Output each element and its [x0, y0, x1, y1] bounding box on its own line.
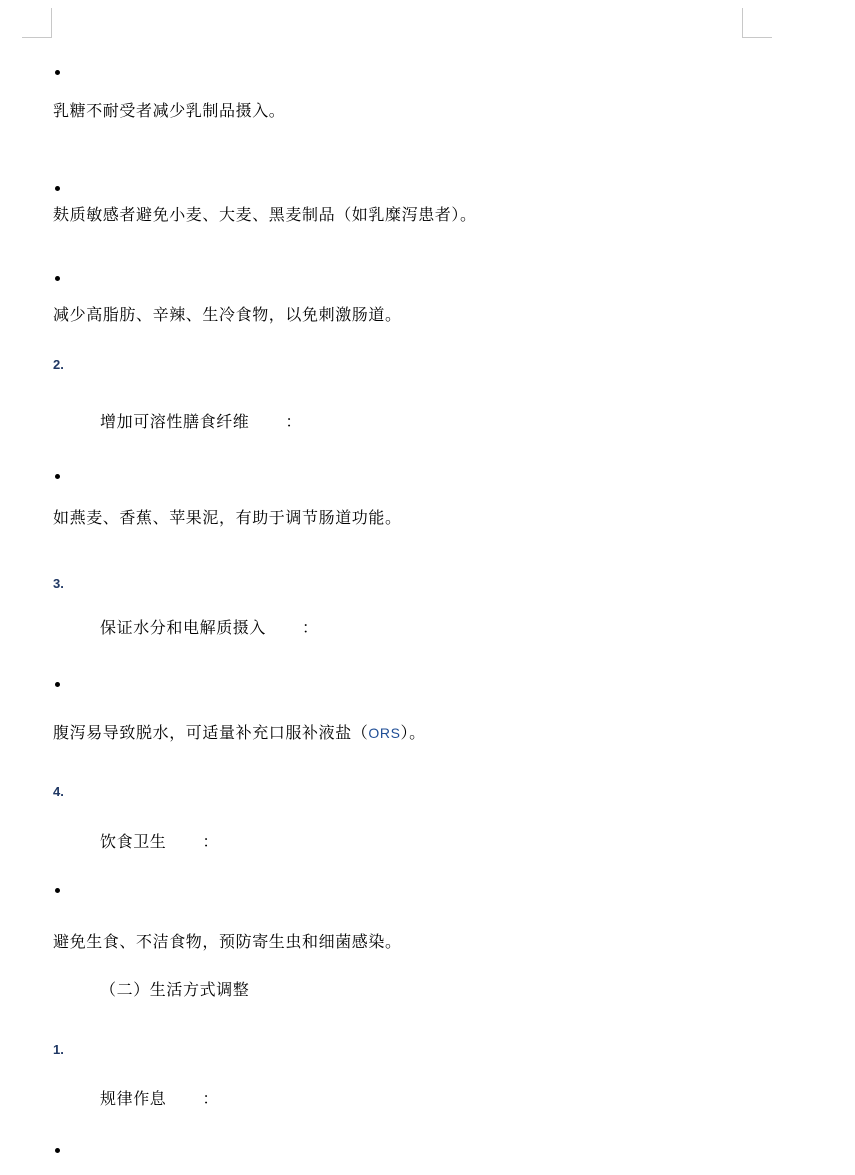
- heading-regular-routine: 规律作息：: [100, 1089, 219, 1109]
- ors-abbreviation: ORS: [368, 725, 400, 741]
- heading-soluble-fiber: 增加可溶性膳食纤维：: [100, 412, 302, 432]
- page-corner-mark-right: [742, 8, 772, 38]
- paragraph-avoid-raw: 避免生食、不洁食物，预防寄生虫和细菌感染。: [53, 932, 402, 952]
- section-heading-lifestyle: （二）生活方式调整: [100, 980, 249, 1000]
- bullet-icon: [55, 474, 61, 480]
- paragraph-lactose: 乳糖不耐受者减少乳制品摄入。: [53, 101, 285, 121]
- list-number-3: 3.: [53, 574, 64, 594]
- bullet-icon: [55, 888, 61, 894]
- heading-colon: ：: [202, 1089, 219, 1108]
- heading-colon: ：: [285, 412, 302, 431]
- bullet-icon: [55, 1148, 61, 1154]
- heading-colon: ：: [302, 618, 319, 637]
- bullet-icon: [55, 186, 61, 192]
- heading-label: 饮食卫生: [100, 832, 166, 851]
- paragraph-oats: 如燕麦、香蕉、苹果泥，有助于调节肠道功能。: [53, 508, 402, 528]
- list-number-2: 2.: [53, 355, 64, 375]
- heading-colon: ：: [202, 832, 219, 851]
- bullet-icon: [55, 682, 61, 688]
- bullet-icon: [55, 70, 61, 76]
- list-number-1: 1.: [53, 1040, 64, 1060]
- paragraph-ors: 腹泻易导致脱水，可适量补充口服补液盐（ORS）。: [53, 723, 426, 743]
- ors-text: 腹泻易导致脱水，可适量补充口服补液盐（: [53, 723, 368, 742]
- list-number-4: 4.: [53, 782, 64, 802]
- heading-label: 规律作息: [100, 1089, 166, 1108]
- paragraph-gluten: 麸质敏感者避免小麦、大麦、黑麦制品（如乳糜泻患者）。: [53, 205, 477, 225]
- paragraph-reduce-fat: 减少高脂肪、辛辣、生冷食物，以免刺激肠道。: [53, 305, 402, 325]
- heading-food-hygiene: 饮食卫生：: [100, 832, 219, 852]
- bullet-icon: [55, 276, 61, 282]
- page-corner-mark-left: [22, 8, 52, 38]
- ors-tail: ）。: [401, 723, 426, 742]
- heading-label: 增加可溶性膳食纤维: [100, 412, 249, 431]
- heading-label: 保证水分和电解质摄入: [100, 618, 266, 637]
- heading-hydration: 保证水分和电解质摄入：: [100, 618, 319, 638]
